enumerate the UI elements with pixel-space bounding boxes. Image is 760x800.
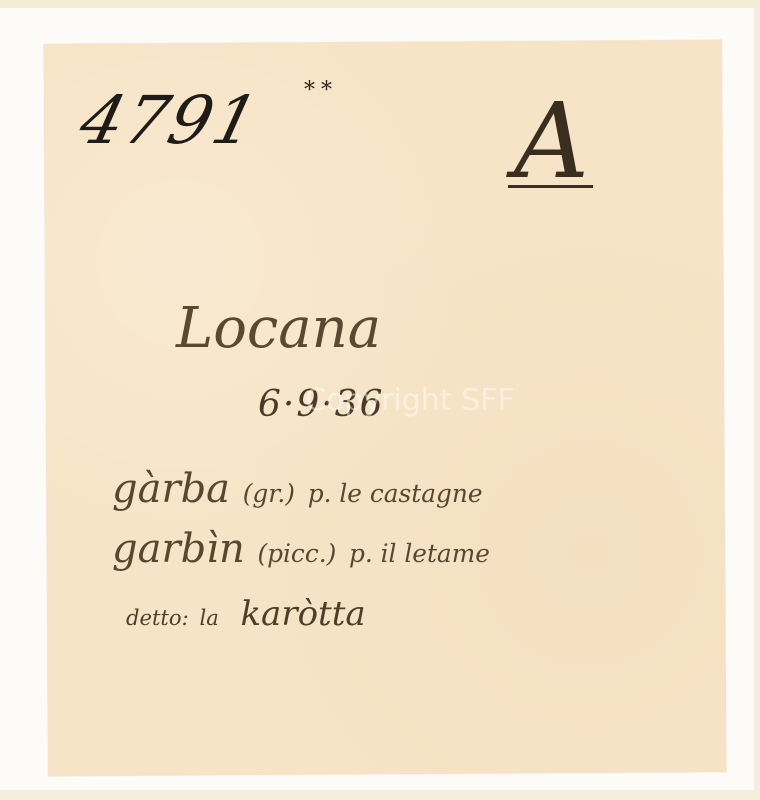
entry-qualifier: la [200, 605, 219, 630]
catalog-asterisks: ** [304, 78, 338, 103]
entry-line-3: detto: la karòtta [126, 594, 366, 634]
top-border-strip [0, 0, 760, 8]
place-name: Locana [176, 296, 381, 361]
entry-gloss: p. il letame [349, 539, 490, 568]
entry-term: gàrba [112, 466, 230, 512]
entry-line-2: garbìn (picc.) p. il letame [112, 526, 490, 572]
grade-letter: A [514, 80, 589, 202]
entry-gloss: karòtta [240, 594, 365, 634]
mat-right-edge [754, 8, 760, 790]
entry-line-1: gàrba (gr.) p. le castagne [112, 466, 483, 512]
bottom-border-strip [0, 790, 760, 800]
catalog-number: 4791 [72, 82, 267, 159]
entry-gloss: p. le castagne [308, 479, 483, 508]
entry-term: garbìn [112, 526, 245, 572]
entry-term: detto: [126, 605, 189, 630]
entry-qualifier: (gr.) [243, 479, 295, 508]
entry-qualifier: (picc.) [257, 539, 336, 568]
copyright-watermark: Copyright SFF [305, 383, 515, 418]
